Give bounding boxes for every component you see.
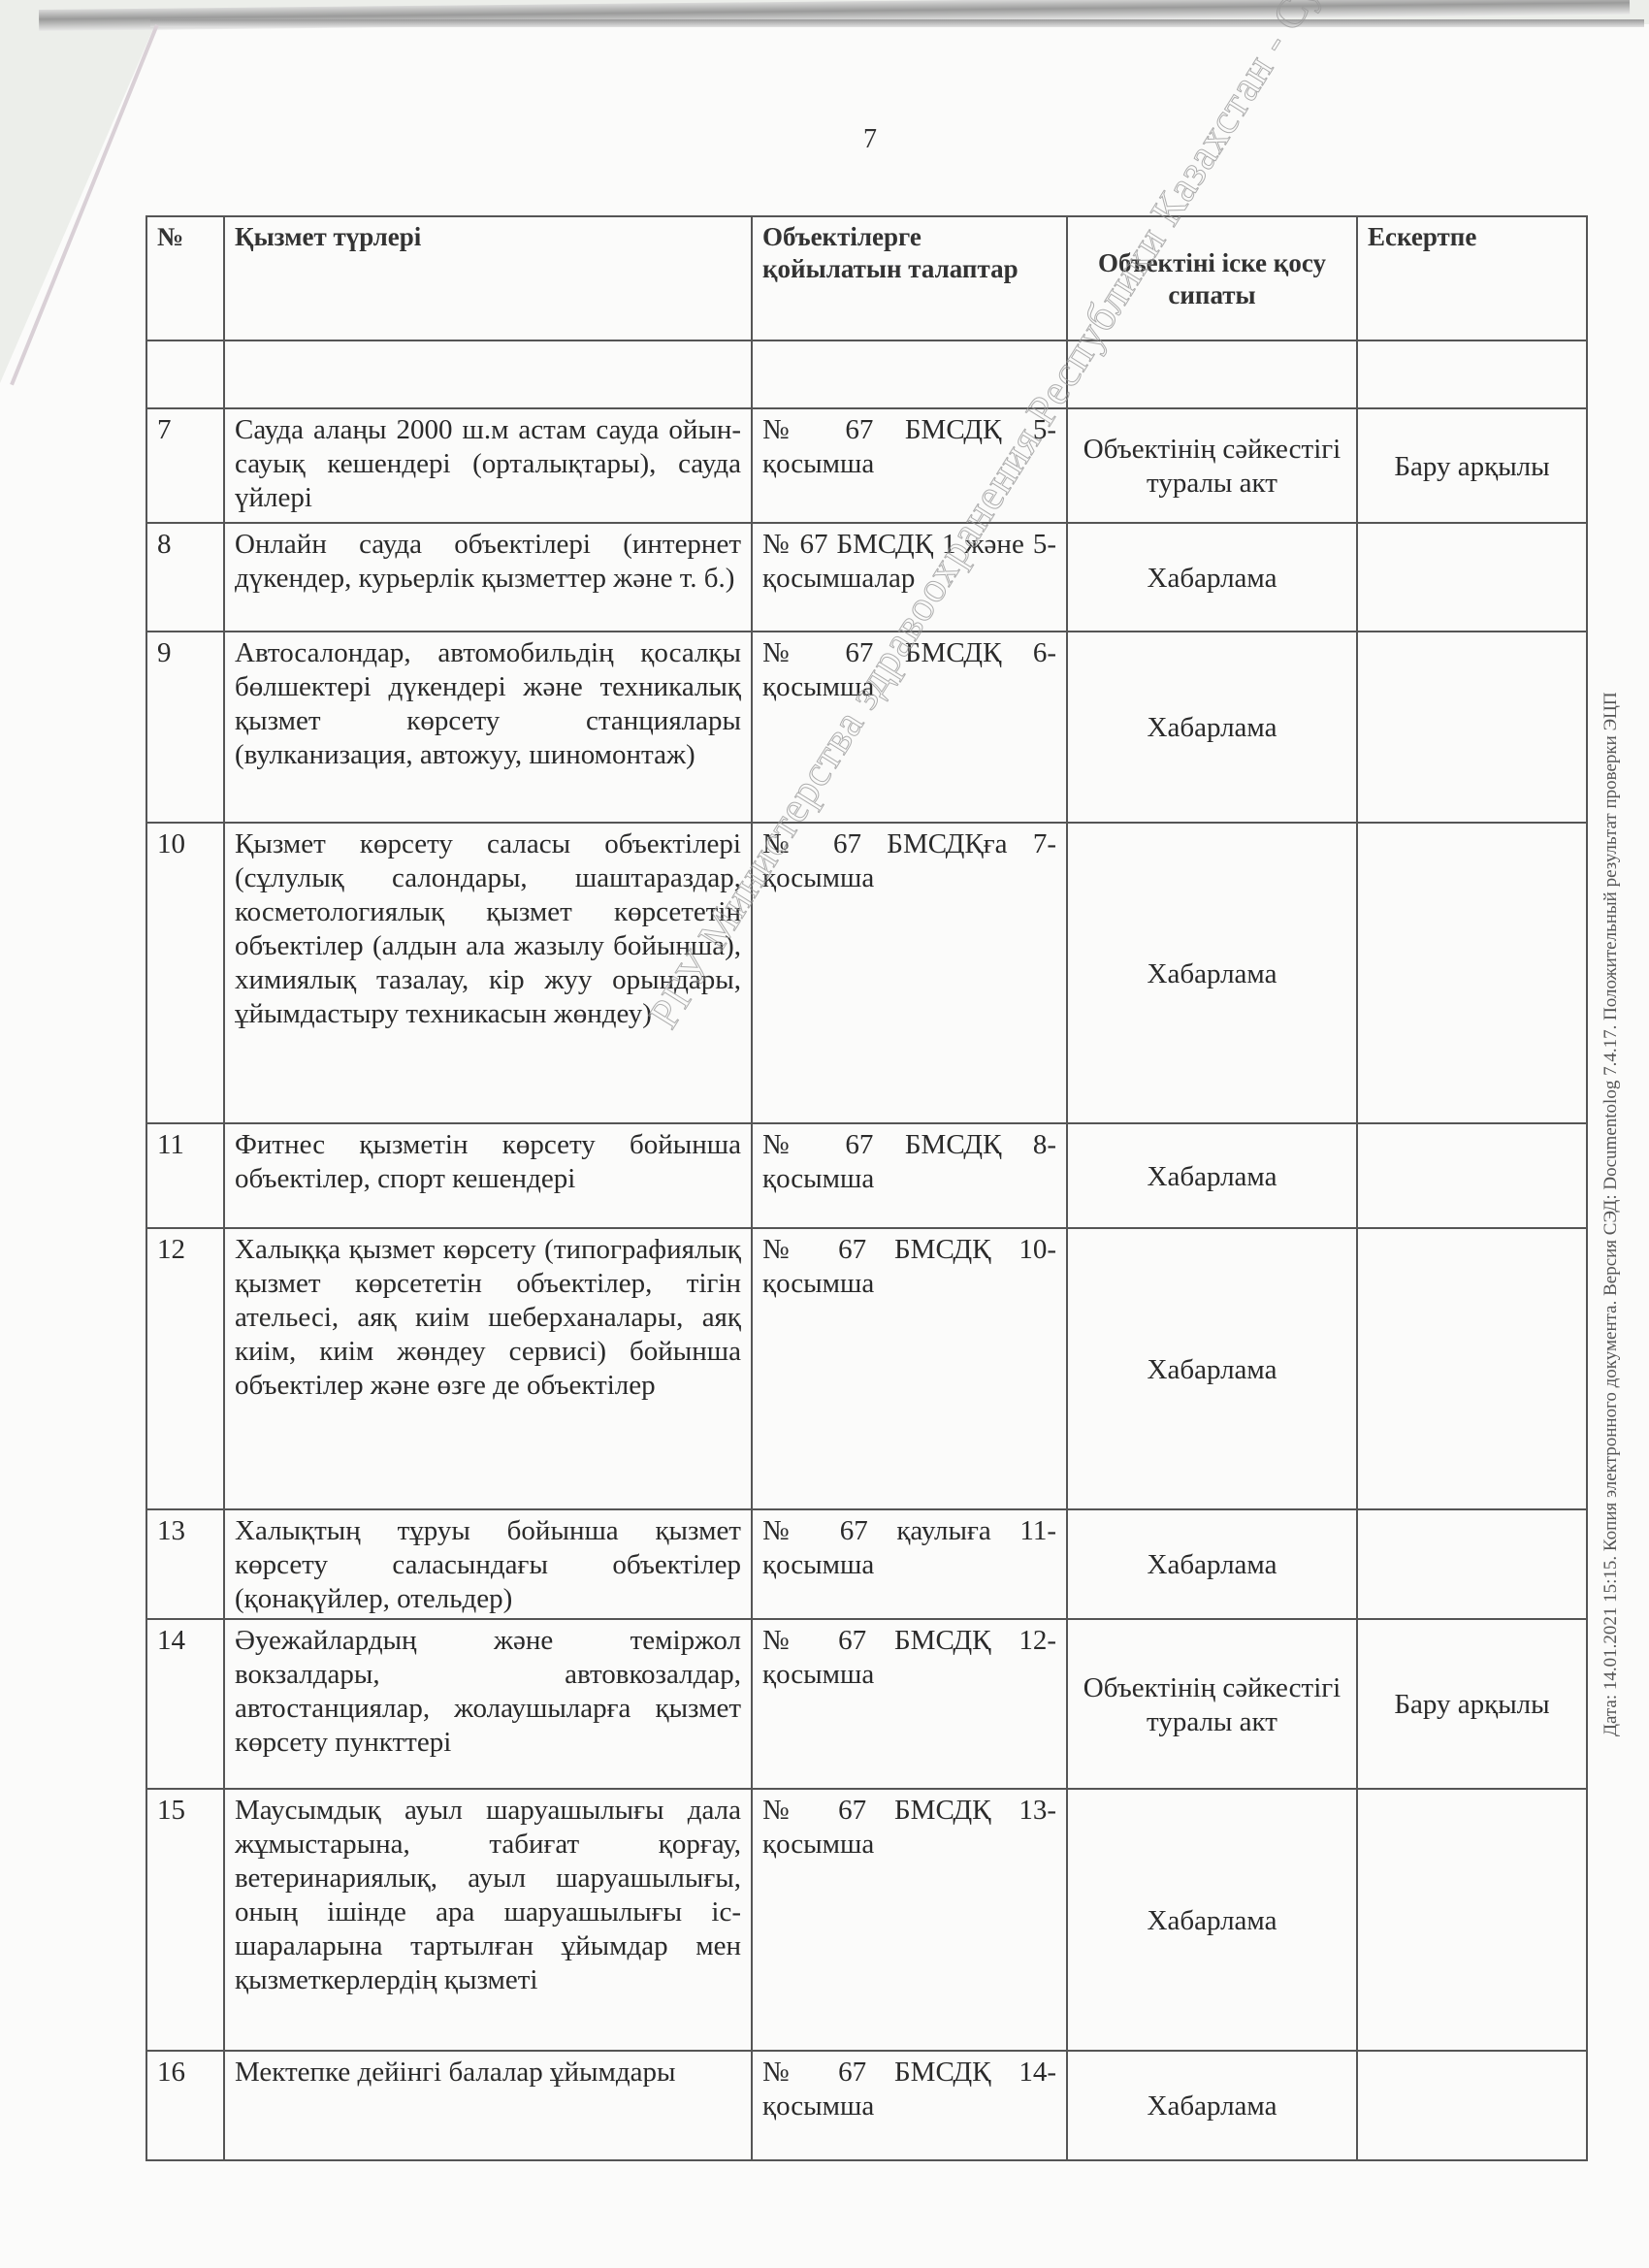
table-row: 10Қызмет көрсету саласы объектілері (сұл…	[146, 823, 1587, 1123]
table-header-row: № Қызмет түрлері Объектілерге қойылатын …	[146, 216, 1587, 340]
row-requirements: № 67 БМСДҚ 8-қосымша	[752, 1123, 1067, 1228]
header-requirements: Объектілерге қойылатын талаптар	[752, 216, 1067, 340]
header-number: №	[146, 216, 224, 340]
row-requirements: № 67 қаулыға 11-қосымша	[752, 1509, 1067, 1619]
row-requirements: № 67 БМСДҚ 14-қосымша	[752, 2051, 1067, 2160]
row-note: Бару арқылы	[1357, 1619, 1587, 1789]
row-service-type: Автосалондар, автомобильдің қосалқы бөлш…	[224, 632, 752, 823]
row-requirements: № 67 БМСДҚ 13-қосымша	[752, 1789, 1067, 2051]
stacked-paper-edge-inner	[150, 19, 1644, 27]
table-row: 8Онлайн сауда объектілері (интернет дүке…	[146, 523, 1587, 632]
table-spacer-row	[146, 340, 1587, 408]
row-note	[1357, 340, 1587, 408]
row-launch-mode: Хабарлама	[1067, 1123, 1357, 1228]
row-launch-mode: Хабарлама	[1067, 523, 1357, 632]
row-launch-mode	[1067, 340, 1357, 408]
row-service-type: Мектепке дейінгі балалар ұйымдары	[224, 2051, 752, 2160]
table-row: 11Фитнес қызметін көрсету бойынша объект…	[146, 1123, 1587, 1228]
row-service-type: Онлайн сауда объектілері (интернет дүкен…	[224, 523, 752, 632]
row-number: 9	[146, 632, 224, 823]
row-note	[1357, 632, 1587, 823]
row-number	[146, 340, 224, 408]
table-row: 15Маусымдық ауыл шаруашылығы дала жұмыст…	[146, 1789, 1587, 2051]
row-note	[1357, 823, 1587, 1123]
table-row: 14Әуежайлардың және теміржол вокзалдары,…	[146, 1619, 1587, 1789]
row-note	[1357, 1789, 1587, 2051]
row-number: 15	[146, 1789, 224, 2051]
page-number: 7	[863, 124, 877, 155]
edms-verification-stamp: Дата: 14.01.2021 15:15. Копия электронно…	[1600, 692, 1622, 1736]
row-launch-mode: Объектінің сәйкестігі туралы акт	[1067, 1619, 1357, 1789]
row-note	[1357, 1509, 1587, 1619]
row-launch-mode: Хабарлама	[1067, 1509, 1357, 1619]
row-service-type: Маусымдық ауыл шаруашылығы дала жұмыстар…	[224, 1789, 752, 2051]
row-number: 8	[146, 523, 224, 632]
header-note: Ескертпе	[1357, 216, 1587, 340]
row-requirements: № 67 БМСДҚға 7-қосымша	[752, 823, 1067, 1123]
table-row: 12Халыққа қызмет көрсету (типографиялық …	[146, 1228, 1587, 1509]
row-requirements: № 67 БМСДҚ 12-қосымша	[752, 1619, 1067, 1789]
row-number: 14	[146, 1619, 224, 1789]
row-note	[1357, 1123, 1587, 1228]
row-note	[1357, 523, 1587, 632]
row-number: 16	[146, 2051, 224, 2160]
table-row: 13Халықтың тұруы бойынша қызмет көрсету …	[146, 1509, 1587, 1619]
row-launch-mode: Хабарлама	[1067, 632, 1357, 823]
table-body: 7Сауда алаңы 2000 ш.м астам сауда ойын-с…	[146, 340, 1587, 2160]
row-launch-mode: Хабарлама	[1067, 2051, 1357, 2160]
row-service-type: Фитнес қызметін көрсету бойынша объектіл…	[224, 1123, 752, 1228]
row-launch-mode: Хабарлама	[1067, 823, 1357, 1123]
row-number: 11	[146, 1123, 224, 1228]
row-note	[1357, 2051, 1587, 2160]
row-number: 10	[146, 823, 224, 1123]
row-requirements: № 67 БМСДҚ 10-қосымша	[752, 1228, 1067, 1509]
row-requirements	[752, 340, 1067, 408]
row-number: 12	[146, 1228, 224, 1509]
table-row: 16Мектепке дейінгі балалар ұйымдары№ 67 …	[146, 2051, 1587, 2160]
row-note	[1357, 1228, 1587, 1509]
row-launch-mode: Объектінің сәйкестігі туралы акт	[1067, 408, 1357, 523]
row-service-type: Халықтың тұруы бойынша қызмет көрсету са…	[224, 1509, 752, 1619]
header-service-types: Қызмет түрлері	[224, 216, 752, 340]
row-service-type	[224, 340, 752, 408]
row-service-type: Сауда алаңы 2000 ш.м астам сауда ойын-са…	[224, 408, 752, 523]
row-service-type: Әуежайлардың және теміржол вокзалдары, а…	[224, 1619, 752, 1789]
row-number: 13	[146, 1509, 224, 1619]
row-launch-mode: Хабарлама	[1067, 1228, 1357, 1509]
row-number: 7	[146, 408, 224, 523]
services-table: № Қызмет түрлері Объектілерге қойылатын …	[145, 215, 1588, 2161]
row-service-type: Халыққа қызмет көрсету (типографиялық қы…	[224, 1228, 752, 1509]
row-note: Бару арқылы	[1357, 408, 1587, 523]
table-row: 7Сауда алаңы 2000 ш.м астам сауда ойын-с…	[146, 408, 1587, 523]
row-launch-mode: Хабарлама	[1067, 1789, 1357, 2051]
